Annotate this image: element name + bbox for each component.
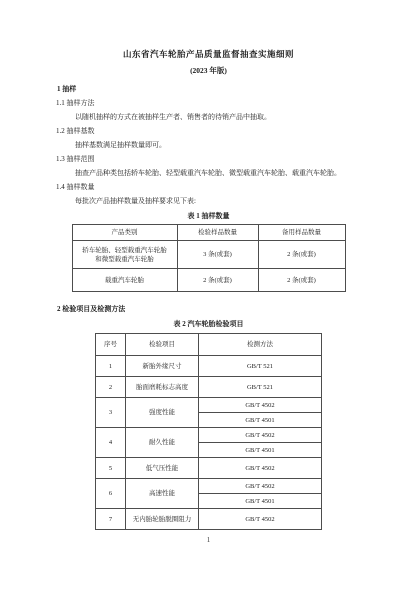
cell-inspection-qty: 2 条(或套) (177, 269, 258, 292)
table-1-header-inspection: 检验样品数量 (177, 225, 258, 241)
cell-method: GB/T 4501 (199, 494, 322, 509)
section-1-3-label: 1.3 抽样范围 (56, 152, 417, 166)
cell-method: GB/T 4502 (199, 479, 322, 494)
table-row: 序号 检验项目 检测方法 (96, 334, 322, 356)
table-2-header-method: 检测方法 (199, 334, 322, 356)
cell-method: GB/T 4502 (199, 398, 322, 413)
section-1-3-body: 抽查产品种类包括轿车轮胎、轻型载重汽车轮胎、微型载重汽车轮胎、载重汽车轮胎。 (75, 166, 417, 180)
table-row: 4 耐久性能 GB/T 4502 (96, 428, 322, 443)
cell-category: 载重汽车轮胎 (72, 269, 177, 292)
document-title: 山东省汽车轮胎产品质量监督抽查实施细则 (0, 0, 417, 60)
cell-item: 新胎外缘尺寸 (126, 356, 199, 377)
table-2-header-item: 检验项目 (126, 334, 199, 356)
section-1-heading: 1 抽样 (57, 82, 417, 96)
cell-no: 4 (96, 428, 126, 458)
cell-item: 强度性能 (126, 398, 199, 428)
table-1-caption: 表 1 抽样数量 (0, 210, 417, 222)
cell-no: 7 (96, 509, 126, 530)
cell-method: GB/T 521 (199, 356, 322, 377)
table-2-header-no: 序号 (96, 334, 126, 356)
cell-method: GB/T 521 (199, 377, 322, 398)
table-row: 1 新胎外缘尺寸 GB/T 521 (96, 356, 322, 377)
inspection-items-table: 序号 检验项目 检测方法 1 新胎外缘尺寸 GB/T 521 2 胎面磨耗标志高… (95, 333, 322, 530)
cell-item: 耐久性能 (126, 428, 199, 458)
section-1-2-body: 抽样基数满足抽样数量即可。 (75, 138, 417, 152)
table-row: 产品类别 检验样品数量 备用样品数量 (72, 225, 345, 241)
table-2-caption: 表 2 汽车轮胎检验项目 (0, 318, 417, 330)
cell-backup-qty: 2 条(或套) (258, 269, 345, 292)
cell-no: 5 (96, 458, 126, 479)
document-page: 山东省汽车轮胎产品质量监督抽查实施细则 (2023 年版) 1 抽样 1.1 抽… (0, 0, 417, 590)
cell-no: 6 (96, 479, 126, 509)
section-1-2-label: 1.2 抽样基数 (56, 124, 417, 138)
section-1-1-body: 以随机抽样的方式在被抽样生产者、销售者的待销产品中抽取。 (75, 110, 417, 124)
cell-no: 2 (96, 377, 126, 398)
table-row: 载重汽车轮胎 2 条(或套) 2 条(或套) (72, 269, 345, 292)
cell-backup-qty: 2 条(或套) (258, 241, 345, 269)
cell-no: 3 (96, 398, 126, 428)
table-row: 5 低气压性能 GB/T 4502 (96, 458, 322, 479)
table-row: 3 强度性能 GB/T 4502 (96, 398, 322, 413)
table-1-header-category: 产品类别 (72, 225, 177, 241)
table-row: 轿车轮胎、轻型载重汽车轮胎 和微型载重汽车轮胎 3 条(或套) 2 条(或套) (72, 241, 345, 269)
cell-method: GB/T 4502 (199, 458, 322, 479)
table-row: 2 胎面磨耗标志高度 GB/T 521 (96, 377, 322, 398)
cell-category: 轿车轮胎、轻型载重汽车轮胎 和微型载重汽车轮胎 (72, 241, 177, 269)
sampling-quantity-table: 产品类别 检验样品数量 备用样品数量 轿车轮胎、轻型载重汽车轮胎 和微型载重汽车… (72, 224, 346, 292)
cell-no: 1 (96, 356, 126, 377)
page-number: 1 (0, 536, 417, 544)
section-1-1-label: 1.1 抽样方法 (56, 96, 417, 110)
cell-method: GB/T 4501 (199, 443, 322, 458)
cell-item: 低气压性能 (126, 458, 199, 479)
cell-inspection-qty: 3 条(或套) (177, 241, 258, 269)
table-1-header-backup: 备用样品数量 (258, 225, 345, 241)
cell-item: 高速性能 (126, 479, 199, 509)
cell-method: GB/T 4501 (199, 413, 322, 428)
document-subtitle: (2023 年版) (0, 64, 417, 78)
section-2-heading: 2 检验项目及检测方法 (57, 302, 417, 316)
cell-method: GB/T 4502 (199, 428, 322, 443)
table-row: 7 无内胎轮胎脱圈阻力 GB/T 4502 (96, 509, 322, 530)
table-row: 6 高速性能 GB/T 4502 (96, 479, 322, 494)
cell-method: GB/T 4502 (199, 509, 322, 530)
section-1-4-label: 1.4 抽样数量 (56, 180, 417, 194)
cell-item: 胎面磨耗标志高度 (126, 377, 199, 398)
section-1-4-body: 每批次产品抽样数量及抽样要求见下表: (75, 194, 417, 208)
cell-item: 无内胎轮胎脱圈阻力 (126, 509, 199, 530)
